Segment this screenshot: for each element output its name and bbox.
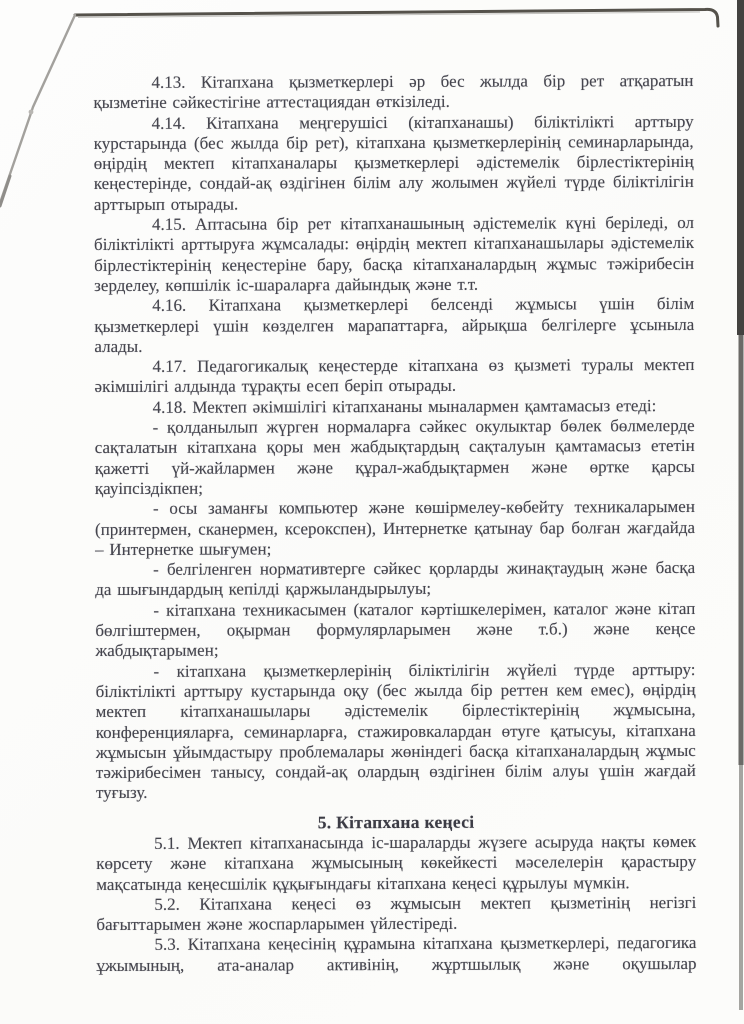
paragraph-5-1: 5.1. Мектеп кітапханасында іс-шараларды … <box>96 832 696 895</box>
paragraph-4-14: 4.14. Кітапхана меңгерушісі (кітапханашы… <box>94 112 694 216</box>
paragraph-4-16: 4.16. Кітапхана қызметкерлері белсенді ж… <box>94 294 694 357</box>
page-corner-fold-edge <box>0 15 75 203</box>
paragraph-4-17: 4.17. Педагогикалық кеңестерде кітапхана… <box>94 355 694 398</box>
bullet-item-qualification: - кітапхана қызметкерлерінің біліктілігі… <box>95 660 695 804</box>
bullet-item-premises: - қолданылып жүрген нормаларға сәйкес ок… <box>95 416 695 499</box>
paragraph-4-18: 4.18. Мектеп әкімшілігі кітапхананы мына… <box>95 396 695 418</box>
paragraph-5-3: 5.3. Кітапхана кеңесінің құрамына кітапх… <box>96 933 696 976</box>
paragraph-4-13: 4.13. Кітапхана қызметкерлері әр бес жыл… <box>93 71 693 114</box>
page-top-edge <box>75 9 718 26</box>
bullet-item-library-equipment: - кітапхана техникасымен (каталог кәртіш… <box>95 599 695 662</box>
section-5-heading: 5. Кітапхана кеңесі <box>96 811 696 833</box>
paragraph-4-15: 4.15. Аптасына бір рет кітапханашының әд… <box>94 213 694 296</box>
paragraph-5-2: 5.2. Кітапхана кеңесі өз жұмысын мектеп … <box>96 893 696 936</box>
bullet-item-funding: - белгіленген нормативтерге сәйкес қорла… <box>95 558 695 601</box>
document-text-block: 4.13. Кітапхана қызметкерлері әр бес жыл… <box>93 71 696 976</box>
bullet-item-computers: - осы заманғы компьютер және көшірмелеу-… <box>95 497 695 560</box>
page-right-scan-band <box>737 0 744 335</box>
scanned-document-page: 4.13. Кітапхана қызметкерлері әр бес жыл… <box>0 0 744 1024</box>
